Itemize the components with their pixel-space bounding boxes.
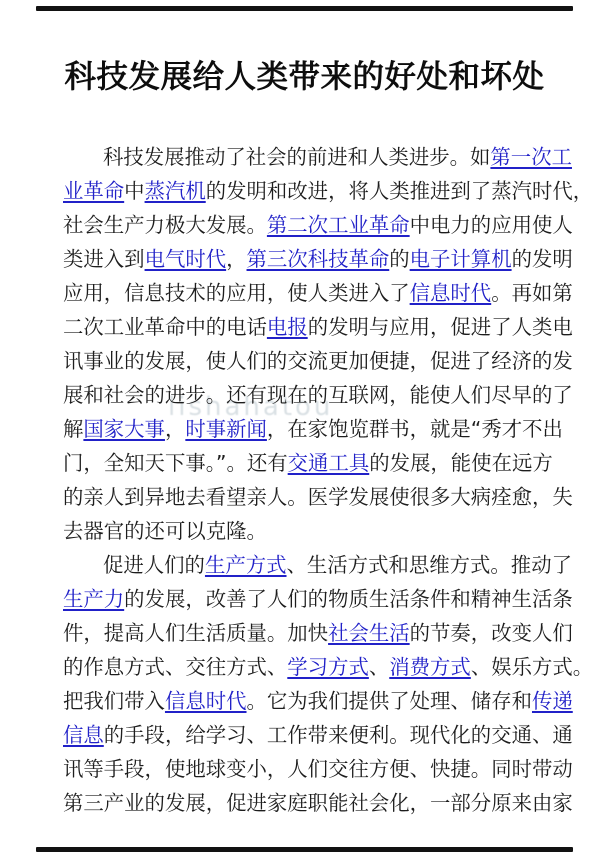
text-line: 讯事业的发展，使人们的交流更加便捷，促进了经济的发 [63,344,575,378]
page-edge-bottom-bar [36,847,573,852]
hyperlink[interactable]: 学习方式 [287,655,369,679]
hyperlink[interactable]: 第三次科技革命 [247,247,390,271]
text-run: 的 [389,247,409,271]
document-page: { "title": "科技发展给人类带来的好处和坏处", "watermark… [0,0,609,861]
text-run: 二次工业革命中的电话 [63,315,267,339]
text-line: 讯等手段，使地球变小，人们交往方便、快捷。同时带动 [63,752,575,786]
text-run: 的节奏，改变人们 [410,621,573,645]
page-edge-top-bar [36,6,573,11]
text-line: 解国家大事，时事新闻，在家饱览群书，就是“秀才不出 [63,412,575,446]
hyperlink[interactable]: 传递 [532,689,573,713]
text-run: 把我们带入 [63,689,165,713]
hyperlink[interactable]: 电子计算机 [410,247,512,271]
text-run: ， [165,417,185,441]
document-title: 科技发展给人类带来的好处和坏处 [0,52,609,97]
text-run: 门，全知天下事。”。还有 [63,451,288,475]
text-line: 信息的手段，给学习、工作带来便利。现代化的交通、通 [63,718,575,752]
text-line: 业革命中蒸汽机的发明和改进，将人类推进到了蒸汽时代， [63,174,575,208]
text-run: ，在家饱览群书，就是“秀才不出 [267,417,563,441]
text-line: 社会生产力极大发展。第二次工业革命中电力的应用使人 [63,208,575,242]
text-run: ， [226,247,246,271]
text-run: 、娱乐方式。 [471,655,593,679]
text-run: 件，提高人们生活质量。加快 [63,621,328,645]
hyperlink[interactable]: 信息时代 [165,689,247,713]
text-run: 展和社会的进步。还有现在的互联网，能使人们尽早的了 [63,383,573,407]
hyperlink[interactable]: 生产力 [63,587,124,611]
text-run: 的发明 [512,247,573,271]
text-line: 类进入到电气时代，第三次科技革命的电子计算机的发明 [63,242,575,276]
hyperlink[interactable]: 第二次工业革命 [267,213,410,237]
text-line: 生产力的发展，改善了人们的物质生活条件和精神生活条 [63,582,575,616]
text-run: 应用，信息技术的应用，使人类进入了 [63,281,410,305]
text-run: 第三产业的发展，促进家庭职能社会化，一部分原来由家 [63,791,573,815]
hyperlink[interactable]: 业革命 [63,179,124,203]
text-run: 的作息方式、交往方式、 [63,655,287,679]
text-line: 促进人们的生产方式、生活方式和思维方式。推动了 [63,548,575,582]
text-line: 去器官的还可以克隆。 [63,514,575,548]
text-line: 的亲人到异地去看望亲人。医学发展使很多大病痊愈，失 [63,480,575,514]
text-run: 的发展，改善了人们的物质生活条件和精神生活条 [124,587,573,611]
text-line: 展和社会的进步。还有现在的互联网，能使人们尽早的了 [63,378,575,412]
text-run: 讯等手段，使地球变小，人们交往方便、快捷。同时带动 [63,757,573,781]
text-run: 讯事业的发展，使人们的交流更加便捷，促进了经济的发 [63,349,573,373]
text-run: 中 [124,179,144,203]
text-run: 的发明与应用，促进了人类电 [308,315,573,339]
text-run: 、 [369,655,389,679]
text-line: 把我们带入信息时代。它为我们提供了处理、储存和传递 [63,684,575,718]
paragraph-2: 促进人们的生产方式、生活方式和思维方式。推动了生产力的发展，改善了人们的物质生活… [63,548,575,820]
text-run: 的手段，给学习、工作带来便利。现代化的交通、通 [104,723,573,747]
hyperlink[interactable]: 第一次工 [490,145,572,169]
document-body: 科技发展推动了社会的前进和人类进步。如第一次工业革命中蒸汽机的发明和改进，将人类… [63,140,575,820]
text-run: 类进入到 [63,247,145,271]
text-line: 的作息方式、交往方式、学习方式、消费方式、娱乐方式。 [63,650,575,684]
text-run: 解 [63,417,83,441]
hyperlink[interactable]: 电报 [267,315,308,339]
text-run: 促进人们的 [103,553,205,577]
text-run: 社会生产力极大发展。 [63,213,267,237]
text-run: 的发展，能使在远方 [369,451,553,475]
hyperlink[interactable]: 信息 [63,723,104,747]
paragraph-1: 科技发展推动了社会的前进和人类进步。如第一次工业革命中蒸汽机的发明和改进，将人类… [63,140,575,548]
text-run: 中电力的应用使人 [410,213,573,237]
hyperlink[interactable]: 社会生活 [328,621,410,645]
hyperlink[interactable]: 交通工具 [288,451,370,475]
text-line: 件，提高人们生活质量。加快社会生活的节奏，改变人们 [63,616,575,650]
text-run: 去器官的还可以克隆。 [63,519,267,543]
text-run: 。它为我们提供了处理、储存和 [247,689,532,713]
text-line: 门，全知天下事。”。还有交通工具的发展，能使在远方 [63,446,575,480]
text-run: 、生活方式和思维方式。推动了 [287,553,572,577]
text-line: 应用，信息技术的应用，使人类进入了信息时代。再如第 [63,276,575,310]
hyperlink[interactable]: 信息时代 [410,281,492,305]
text-run: 科技发展推动了社会的前进和人类进步。如 [103,145,490,169]
text-line: 第三产业的发展，促进家庭职能社会化，一部分原来由家 [63,786,575,820]
text-line: 科技发展推动了社会的前进和人类进步。如第一次工 [63,140,575,174]
text-line: 二次工业革命中的电话电报的发明与应用，促进了人类电 [63,310,575,344]
hyperlink[interactable]: 国家大事 [83,417,165,441]
hyperlink[interactable]: 生产方式 [205,553,287,577]
text-run: 。再如第 [491,281,573,305]
text-run: 的发明和改进，将人类推进到了蒸汽时代， [206,179,593,203]
hyperlink[interactable]: 蒸汽机 [145,179,206,203]
hyperlink[interactable]: 电气时代 [145,247,227,271]
hyperlink[interactable]: 时事新闻 [185,417,267,441]
hyperlink[interactable]: 消费方式 [389,655,471,679]
text-run: 的亲人到异地去看望亲人。医学发展使很多大病痊愈，失 [63,485,573,509]
